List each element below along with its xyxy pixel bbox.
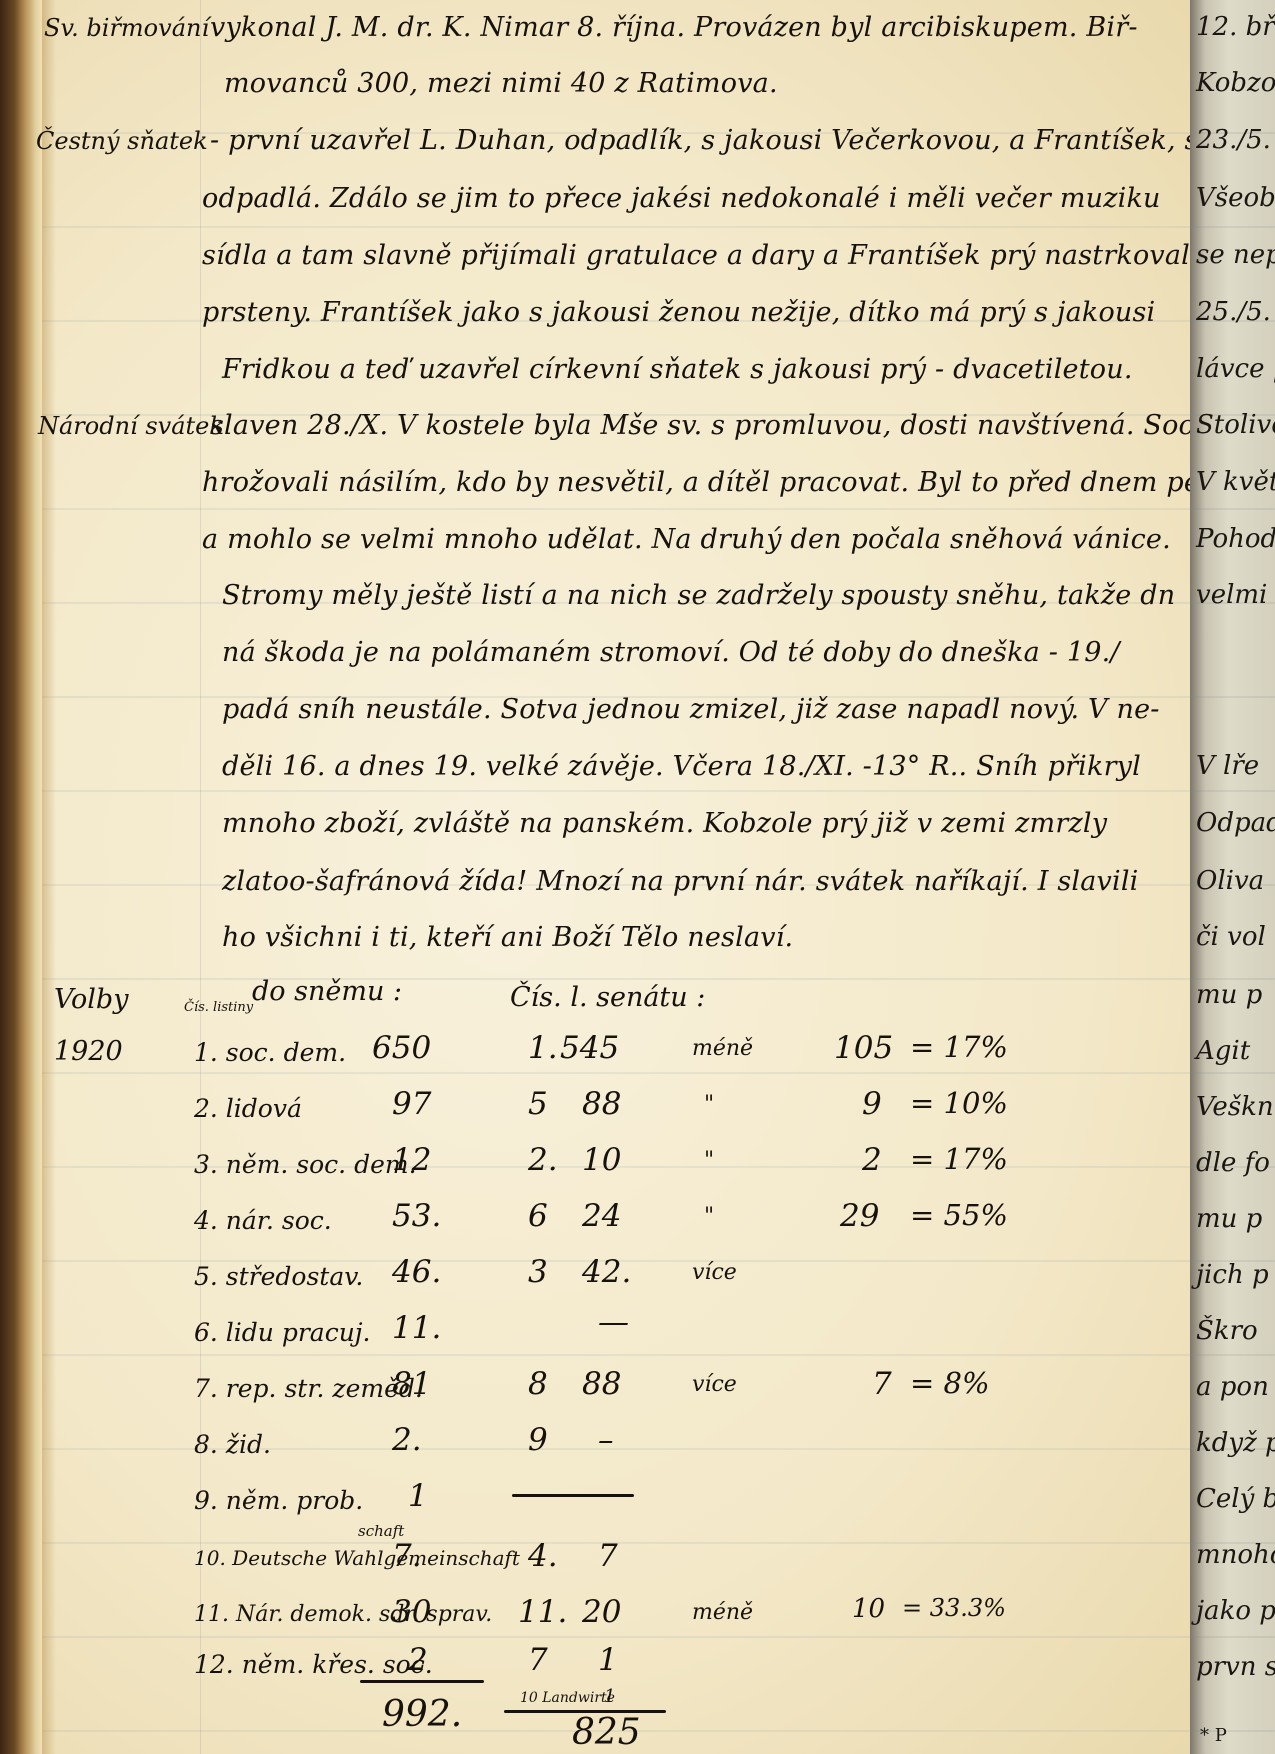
difference: 2 [862, 1142, 882, 1178]
facing-fragment: když p [1196, 1428, 1275, 1458]
party-name: 9. něm. prob. [194, 1486, 363, 1515]
text-line: padá sníh neustále. Sotva jednou zmizel,… [222, 694, 1160, 725]
chamber-votes: 2. [392, 1422, 422, 1458]
percentage: = 33.3% [902, 1594, 1006, 1622]
chamber-votes: 30 [392, 1594, 431, 1630]
chronicle-page: Sv. biřmování vykonal J. M. dr. K. Nimar… [42, 0, 1190, 1754]
senate-list: 11. [518, 1594, 567, 1630]
senate-votes: 24 [582, 1198, 621, 1234]
total-chamber-votes: 992. [382, 1694, 462, 1735]
struck-out-entry [512, 1494, 634, 1497]
extra-senate-label: 10 Landwirte [520, 1690, 615, 1706]
facing-fragment: Odpad [1196, 808, 1275, 838]
elections-heading: Volby [54, 984, 128, 1015]
senate-votes: 10 [582, 1142, 621, 1178]
senate-list: 7 [528, 1642, 548, 1678]
facing-fragment: Kobzole [1196, 68, 1275, 98]
facing-fragment: mu p [1196, 980, 1262, 1010]
text-line: odpadlá. Zdálo se jim to přece jakési ne… [202, 183, 1161, 214]
difference: 7 [872, 1366, 892, 1402]
facing-fragment: Celý b [1196, 1484, 1275, 1514]
percentage: = 55% [910, 1198, 1008, 1232]
facing-fragment: Agit [1196, 1036, 1250, 1066]
facing-fragment: Všeobecn [1196, 183, 1275, 213]
chamber-votes: 12 [392, 1142, 431, 1178]
facing-fragment: Oliva [1196, 866, 1264, 896]
chamber-column-header: do sněmu : [252, 976, 402, 1007]
facing-fragment: Veškn [1196, 1092, 1274, 1122]
facing-fragment: prvn s [1196, 1652, 1275, 1682]
party-name: 4. nár. soc. [194, 1206, 332, 1235]
party-name: 1. soc. dem. [194, 1038, 346, 1067]
text-line: slaven 28./X. V kostele byla Mše sv. s p… [210, 410, 1242, 441]
senate-list: 5 [528, 1086, 548, 1122]
senate-votes: 88 [582, 1086, 621, 1122]
senate-votes: 1 [598, 1642, 618, 1678]
facing-fragment: se nepři [1196, 240, 1275, 270]
text-line: prsteny. Frantíšek jako s jakousi ženou … [202, 297, 1155, 328]
text-line: vykonal J. M. dr. K. Nimar 8. října. Pro… [210, 12, 1138, 43]
comparison-note: více [692, 1372, 737, 1397]
chamber-votes: 2 [408, 1642, 428, 1678]
text-line: děli 16. a dnes 19. velké závěje. Včera … [222, 751, 1141, 782]
chamber-votes: 650 [372, 1030, 431, 1066]
facing-fragment: Pohodo [1196, 524, 1275, 554]
party-name: 6. lidu pracuj. [194, 1318, 371, 1347]
chamber-votes: 1 [408, 1478, 428, 1514]
facing-fragment: Stolivo [1196, 410, 1275, 440]
facing-footnote: * P [1200, 1725, 1227, 1746]
party-name: 12. něm. křes. soc. [194, 1650, 433, 1679]
senate-votes: 88 [582, 1366, 621, 1402]
party-name: 5. středostav. [194, 1262, 363, 1291]
percentage: = 17% [910, 1142, 1008, 1176]
comparison-note: více [692, 1260, 737, 1285]
comparison-note: " [704, 1204, 714, 1229]
facing-fragment: V květn [1196, 467, 1275, 497]
chamber-votes: 81 [392, 1366, 431, 1402]
text-line: ho všichni i ti, kteří ani Boží Tělo nes… [222, 922, 793, 953]
facing-fragment: mu p [1196, 1204, 1262, 1234]
text-line: - první uzavřel L. Duhan, odpadlík, s ja… [210, 125, 1258, 156]
senate-votes: – [598, 1422, 614, 1458]
text-line: a mohlo se velmi mnoho udělat. Na druhý … [202, 524, 1171, 555]
senate-list: 2. [528, 1142, 558, 1178]
comparison-note: " [704, 1092, 714, 1117]
text-line: Fridkou a teď uzavřel církevní sňatek s … [222, 354, 1133, 385]
facing-fragment: Škro [1196, 1316, 1258, 1346]
comparison-note: " [704, 1148, 714, 1173]
facing-fragment: jako p [1196, 1596, 1275, 1626]
margin-heading-marriage: Čestný sňatek [36, 127, 208, 155]
percentage: = 17% [910, 1030, 1008, 1064]
margin-heading-confirmation: Sv. biřmování [44, 14, 209, 42]
text-line: zlatoo-šafránová žída! Mnozí na první ná… [222, 866, 1139, 897]
party-name: 11. Nár. demok. sdr. sprav. [194, 1602, 492, 1627]
facing-fragment: či vol [1196, 922, 1266, 952]
senate-list: 4. [528, 1538, 558, 1574]
senate-votes: 42. [582, 1254, 631, 1290]
sum-rule-chamber [360, 1680, 484, 1683]
facing-fragment: 23./5. o [1196, 125, 1275, 155]
percentage: = 8% [910, 1366, 990, 1400]
party-name: 2. lidová [194, 1094, 302, 1123]
margin-heading-national-holiday: Národní svátek [38, 412, 224, 440]
text-line: hrožovali násilím, kdo by nesvětil, a dí… [202, 467, 1225, 498]
elections-year: 1920 [54, 1036, 123, 1067]
senate-votes: 7 [598, 1538, 618, 1574]
senate-list: 1. [528, 1030, 558, 1066]
difference: 9 [862, 1086, 882, 1122]
facing-fragment: V lře [1196, 751, 1259, 781]
chamber-votes: 53. [392, 1198, 441, 1234]
text-line: ná škoda je na polámaném stromoví. Od té… [222, 637, 1120, 668]
list-number-label: Čís. listiny [184, 1000, 253, 1015]
difference: 105 [834, 1030, 893, 1066]
senate-votes: — [598, 1304, 629, 1340]
party-name: 10. Deutsche Wahlgemeinschaft [194, 1546, 520, 1570]
extra-senate-value: 1 [604, 1686, 615, 1707]
senate-votes: 20 [582, 1594, 621, 1630]
facing-fragment: 12. březn [1196, 12, 1275, 42]
difference: 29 [840, 1198, 879, 1234]
chamber-votes: 11. [392, 1310, 441, 1346]
text-line: mnoho zboží, zvláště na panském. Kobzole… [222, 808, 1107, 839]
party-name: 7. rep. str. zeměd. [194, 1374, 423, 1403]
senate-votes: 545 [560, 1030, 619, 1066]
chamber-votes: 7. [392, 1538, 422, 1574]
text-line: movanců 300, mezi nimi 40 z Ratimova. [224, 68, 778, 99]
comparison-note: méně [692, 1600, 753, 1625]
text-line: sídla a tam slavně přijímali gratulace a… [202, 240, 1229, 271]
text-line: Stromy měly ještě listí a na nich se zad… [222, 580, 1175, 611]
facing-fragment: a pon [1196, 1372, 1269, 1402]
comparison-note: méně [692, 1036, 753, 1061]
percentage: = 10% [910, 1086, 1008, 1120]
chamber-votes: 97 [392, 1086, 431, 1122]
senate-list: 8 [528, 1366, 548, 1402]
facing-fragment: mnoho [1196, 1540, 1275, 1570]
chamber-votes: 46. [392, 1254, 441, 1290]
party-name: 3. něm. soc. dem. [194, 1150, 417, 1179]
senate-list: 9 [528, 1422, 548, 1458]
total-senate-votes: 825 [572, 1712, 641, 1753]
book-binding-edge [0, 0, 42, 1754]
party-name: 8. žid. [194, 1430, 271, 1459]
senate-list: 6 [528, 1198, 548, 1234]
senate-list: 3 [528, 1254, 548, 1290]
facing-fragment: velmi [1196, 580, 1267, 610]
senate-column-header: Čís. l. senátu : [510, 982, 705, 1013]
facing-page-strip: 12. březn Kobzole 23./5. o Všeobecn se n… [1190, 0, 1275, 1754]
facing-fragment: dle fo [1196, 1148, 1270, 1178]
facing-fragment: lávce p [1196, 354, 1275, 384]
facing-fragment: 25./5. p [1196, 297, 1275, 327]
facing-fragment: jich p [1196, 1260, 1269, 1290]
difference: 10 [852, 1594, 885, 1624]
